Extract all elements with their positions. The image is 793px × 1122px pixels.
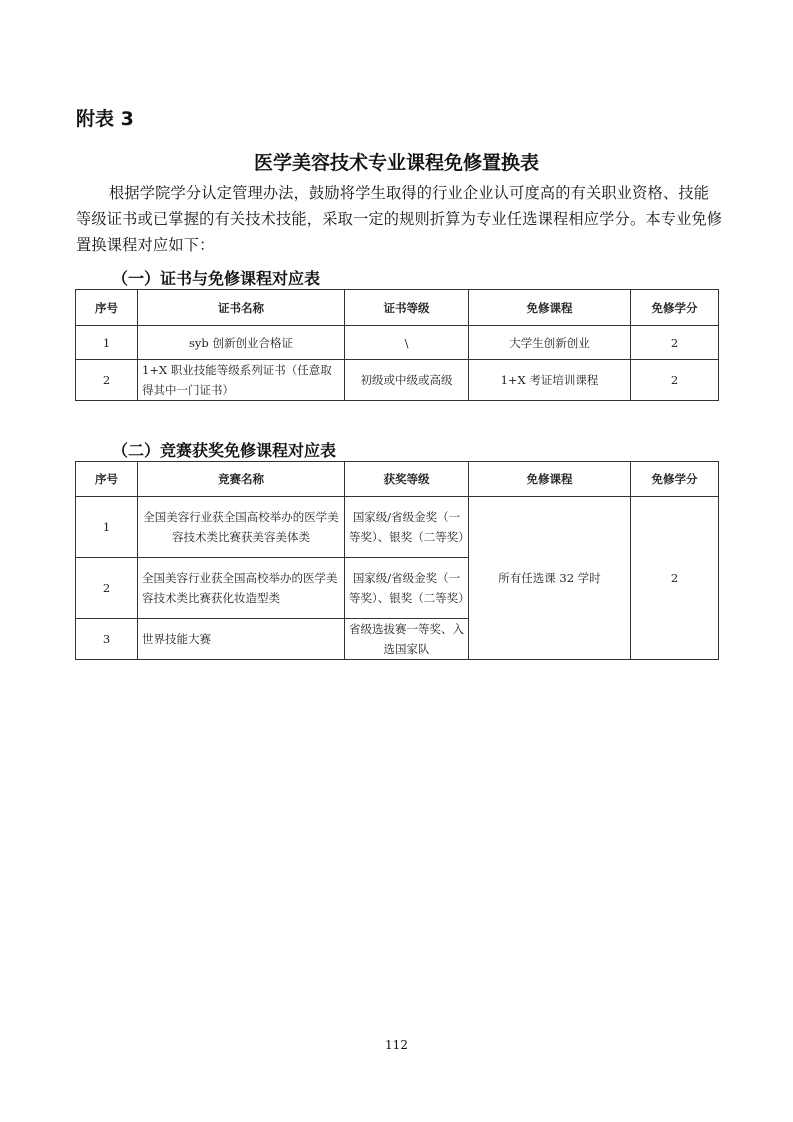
cell-index: 2	[76, 558, 138, 619]
table-header-row: 序号 证书名称 证书等级 免修课程 免修学分	[76, 290, 719, 326]
table-header-row: 序号 竞赛名称 获奖等级 免修课程 免修学分	[76, 462, 719, 497]
cell-competition-name: 全国美容行业获全国高校举办的医学美容技术类比赛获化妆造型类	[138, 558, 345, 619]
cell-cert-level: 初级或中级或高级	[345, 360, 469, 401]
header-cert-level: 证书等级	[345, 290, 469, 326]
header-exempt-course: 免修课程	[469, 462, 631, 497]
cell-exempt-course-merged: 所有任选课 32 学时	[469, 497, 631, 660]
appendix-label: 附表 3	[76, 104, 134, 131]
header-index: 序号	[76, 290, 138, 326]
cell-cert-name: 1+X 职业技能等级系列证书（任意取得其中一门证书）	[138, 360, 345, 401]
cell-index: 1	[76, 497, 138, 558]
cell-award-level: 国家级/省级金奖（一等奖）、银奖（二等奖）	[345, 497, 469, 558]
header-cert-name: 证书名称	[138, 290, 345, 326]
header-exempt-credit: 免修学分	[631, 290, 719, 326]
header-index: 序号	[76, 462, 138, 497]
table-row: 2 1+X 职业技能等级系列证书（任意取得其中一门证书） 初级或中级或高级 1+…	[76, 360, 719, 401]
table-row: 1 syb 创新创业合格证 \ 大学生创新创业 2	[76, 326, 719, 360]
cell-index: 1	[76, 326, 138, 360]
cell-cert-level: \	[345, 326, 469, 360]
page-number: 112	[0, 1038, 793, 1052]
cell-exempt-credit-merged: 2	[631, 497, 719, 660]
cell-exempt-course: 大学生创新创业	[469, 326, 631, 360]
cell-award-level: 国家级/省级金奖（一等奖）、银奖（二等奖）	[345, 558, 469, 619]
competition-table: 序号 竞赛名称 获奖等级 免修课程 免修学分 1 全国美容行业获全国高校举办的医…	[75, 461, 719, 660]
certificate-table: 序号 证书名称 证书等级 免修课程 免修学分 1 syb 创新创业合格证 \ 大…	[75, 289, 719, 401]
cell-competition-name: 世界技能大赛	[138, 619, 345, 660]
header-exempt-credit: 免修学分	[631, 462, 719, 497]
intro-paragraph: 根据学院学分认定管理办法，鼓励将学生取得的行业企业认可度高的有关职业资格、技能等…	[76, 180, 724, 258]
cell-award-level: 省级选拔赛一等奖、入选国家队	[345, 619, 469, 660]
page-title: 医学美容技术专业课程免修置换表	[0, 148, 793, 175]
cell-index: 3	[76, 619, 138, 660]
cell-cert-name: syb 创新创业合格证	[138, 326, 345, 360]
cell-competition-name: 全国美容行业获全国高校举办的医学美容技术类比赛获美容美体类	[138, 497, 345, 558]
cell-exempt-credit: 2	[631, 326, 719, 360]
cell-exempt-credit: 2	[631, 360, 719, 401]
header-competition-name: 竞赛名称	[138, 462, 345, 497]
cell-exempt-course: 1+X 考证培训课程	[469, 360, 631, 401]
cell-index: 2	[76, 360, 138, 401]
table-row: 1 全国美容行业获全国高校举办的医学美容技术类比赛获美容美体类 国家级/省级金奖…	[76, 497, 719, 558]
section-title-certificates: （一）证书与免修课程对应表	[112, 266, 320, 289]
section-title-competitions: （二）竞赛获奖免修课程对应表	[112, 438, 336, 461]
header-exempt-course: 免修课程	[469, 290, 631, 326]
header-award-level: 获奖等级	[345, 462, 469, 497]
